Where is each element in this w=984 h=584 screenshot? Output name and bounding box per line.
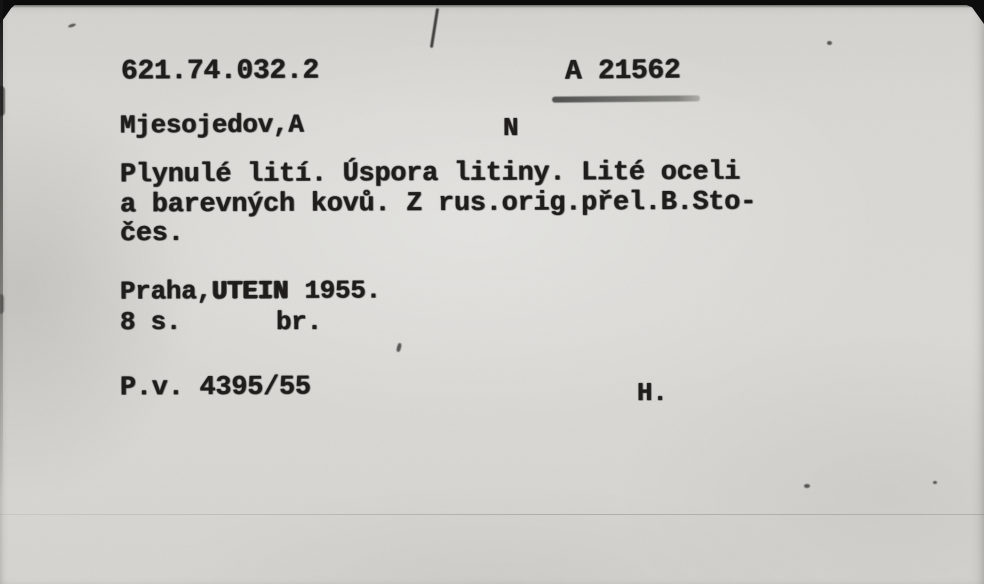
ink-speck bbox=[396, 343, 402, 353]
imprint-place: Praha, bbox=[120, 276, 212, 306]
edge-smudge bbox=[0, 86, 5, 116]
accession-number: A 21562 bbox=[565, 55, 681, 87]
ink-speck bbox=[68, 23, 77, 28]
catalog-card: 621.74.032.2 A 21562 Mjesojedov,A N Plyn… bbox=[0, 0, 984, 584]
imprint-year: 1955. bbox=[304, 275, 381, 305]
title-line-1: Plynulé lití. Úspora litiny. Lité oceli bbox=[120, 158, 740, 191]
ink-speck bbox=[804, 484, 810, 488]
classification-number: 621.74.032.2 bbox=[121, 56, 319, 88]
scan-edge-left bbox=[0, 0, 3, 500]
imprint-publisher: UTEIN bbox=[212, 276, 289, 306]
author-name: Mjesojedov,A bbox=[120, 110, 304, 141]
paper-crease bbox=[0, 514, 984, 515]
accession-underline bbox=[552, 95, 700, 102]
scan-edge-top-fade bbox=[0, 5, 984, 8]
edge-smudge bbox=[0, 294, 4, 314]
ink-speck bbox=[933, 481, 937, 484]
title-line-3: čes. bbox=[120, 219, 184, 249]
title-line-2: a barevných kovů. Z rus.orig.přel.B.Sto- bbox=[120, 188, 756, 221]
format-letter: N bbox=[503, 113, 518, 143]
record-number: P.v. 4395/55 bbox=[120, 373, 311, 404]
ink-scratch bbox=[430, 8, 439, 48]
imprint-line: Praha,UTEIN1955. bbox=[120, 275, 381, 306]
binding-note: br. bbox=[276, 307, 322, 337]
pagination: 8 s. bbox=[120, 307, 181, 337]
ink-speck bbox=[827, 41, 832, 45]
cataloguer-initials: H. bbox=[637, 378, 668, 408]
